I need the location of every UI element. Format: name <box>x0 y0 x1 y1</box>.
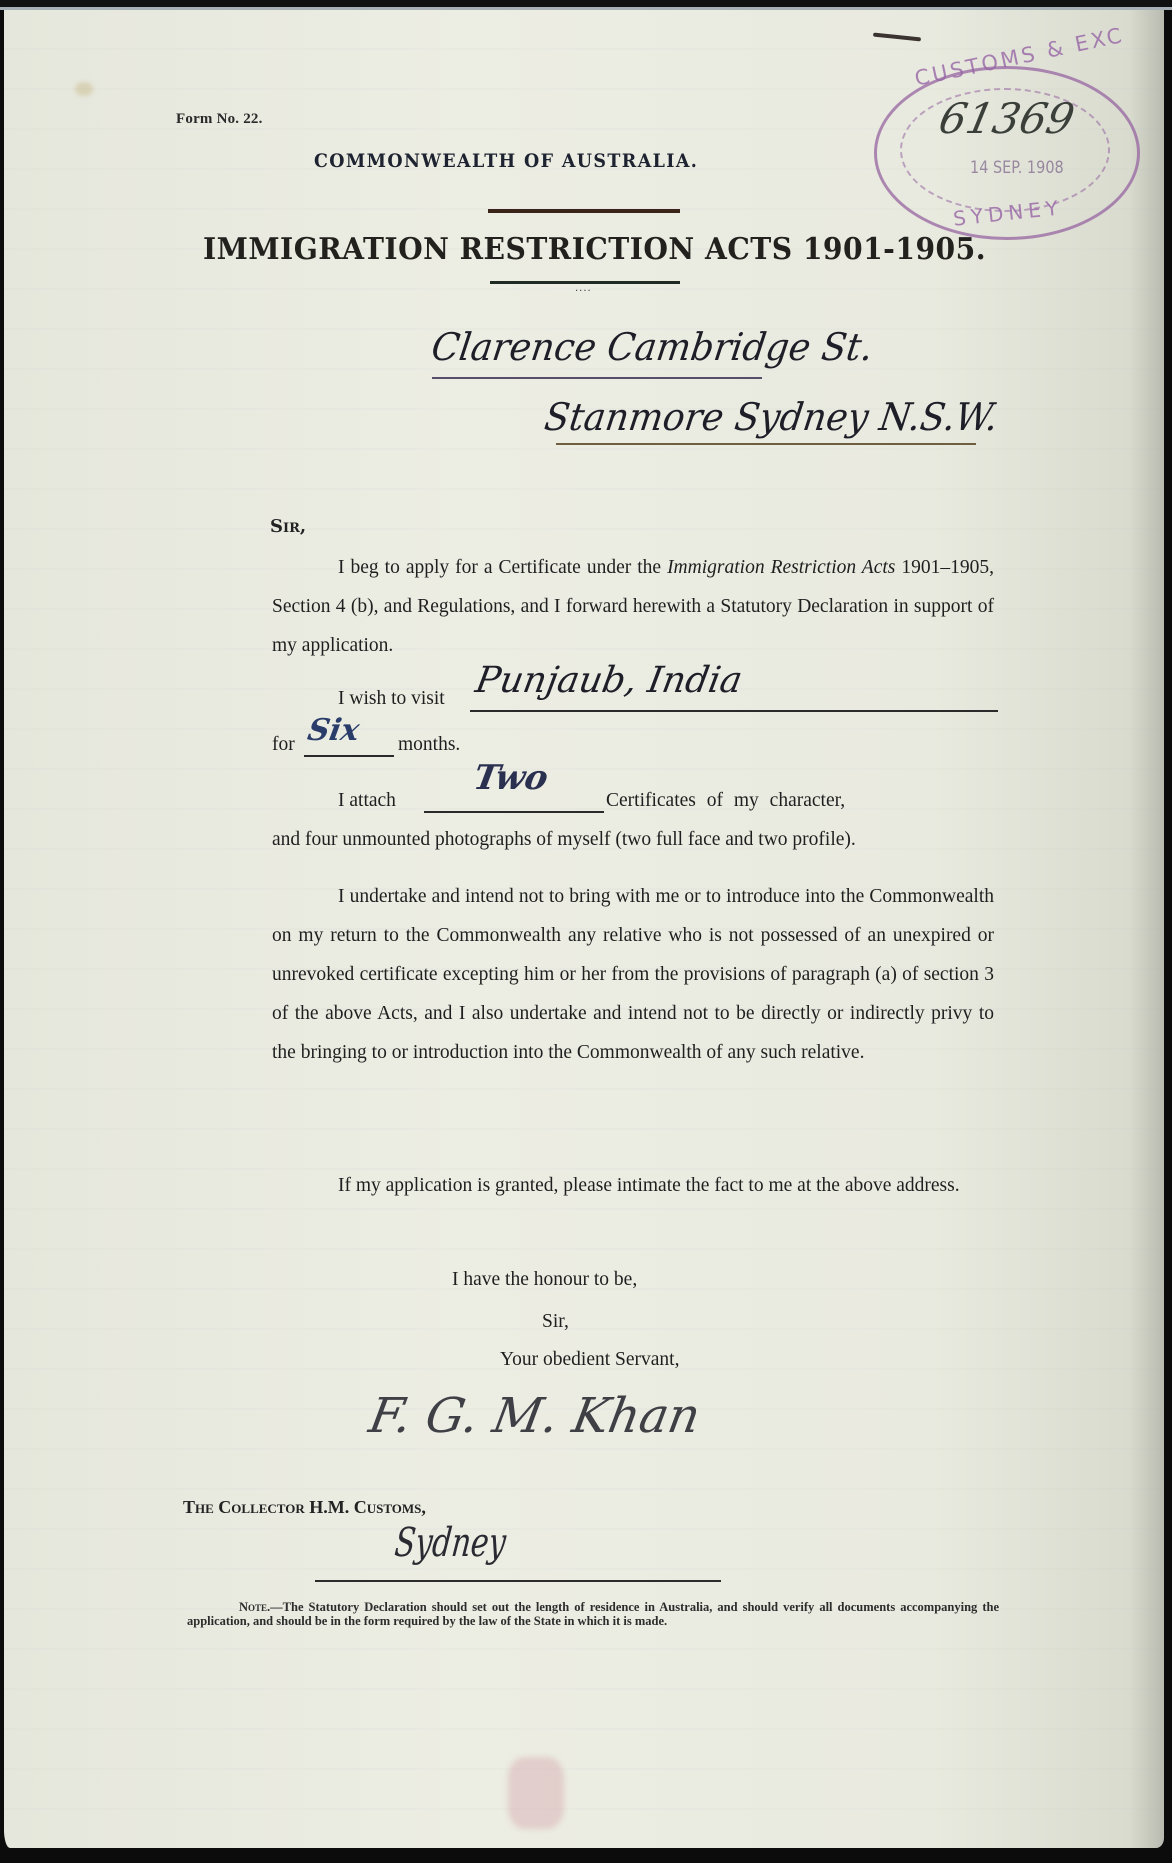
stamp-date: 14 SEP. 1908 <box>970 158 1064 178</box>
attach-suffix: Certificates of my character, <box>606 781 845 820</box>
acts-title: IMMIGRATION RESTRICTION ACTS 1901-1905. <box>203 232 986 267</box>
visit-blank-line <box>470 710 998 712</box>
country-heading: COMMONWEALTH OF AUSTRALIA. <box>314 150 698 172</box>
salutation: Sir, <box>270 516 306 537</box>
duration-suffix: months. <box>398 725 460 764</box>
closing-servant: Your obedient Servant, <box>500 1340 679 1379</box>
stamp-handwritten-number: 61369 <box>935 94 1079 143</box>
closing-honour: I have the honour to be, <box>452 1260 637 1299</box>
separator-dots: .... <box>575 283 592 294</box>
note-text: —The Statutory Declaration should set ou… <box>187 1600 999 1628</box>
scan-top-border <box>0 0 1172 10</box>
addressee-city-handwritten: Sydney <box>393 1520 509 1566</box>
para1-act-name: Immigration Restriction Acts <box>667 557 895 578</box>
closing-sir: Sir, <box>542 1302 569 1341</box>
attach-field-row: I attach Two Certificates of my characte… <box>338 781 998 817</box>
address-line-2-underline <box>556 443 976 445</box>
address-line-1: Clarence Cambridge St. <box>429 325 876 369</box>
para1-text-start: I beg to apply for a Certificate under t… <box>338 557 667 578</box>
attach-blank-line <box>424 811 604 813</box>
attach-value: Two <box>471 759 551 798</box>
duration-blank-line <box>304 755 394 757</box>
photographs-line: and four unmounted photographs of myself… <box>272 820 994 859</box>
paper-stain <box>75 82 93 96</box>
notification-paragraph: If my application is granted, please int… <box>272 1166 994 1205</box>
applicant-signature: F. G. M. Khan <box>365 1388 704 1444</box>
duration-field-row: for Six months. <box>272 725 672 761</box>
duration-prefix: for <box>272 725 295 764</box>
address-line-1-underline <box>432 377 762 379</box>
application-paragraph: I beg to apply for a Certificate under t… <box>272 548 994 665</box>
footnote: Note.—The Statutory Declaration should s… <box>187 1600 999 1628</box>
addressee-label: The Collector H.M. Customs, <box>183 1497 426 1518</box>
address-line-2: Stanmore Sydney N.S.W. <box>542 395 1001 439</box>
visit-field-row: I wish to visit Punjaub, India <box>338 683 998 719</box>
visit-value: Punjaub, India <box>473 661 746 700</box>
addressee-underline <box>315 1580 721 1582</box>
title-rule-top <box>488 209 680 213</box>
ink-smudge <box>508 1757 564 1829</box>
attach-label: I attach <box>338 781 396 820</box>
form-number: Form No. 22. <box>176 111 263 128</box>
undertaking-paragraph: I undertake and intend not to bring with… <box>272 877 994 1072</box>
note-heading: Note. <box>239 1600 270 1614</box>
duration-value: Six <box>305 711 363 750</box>
